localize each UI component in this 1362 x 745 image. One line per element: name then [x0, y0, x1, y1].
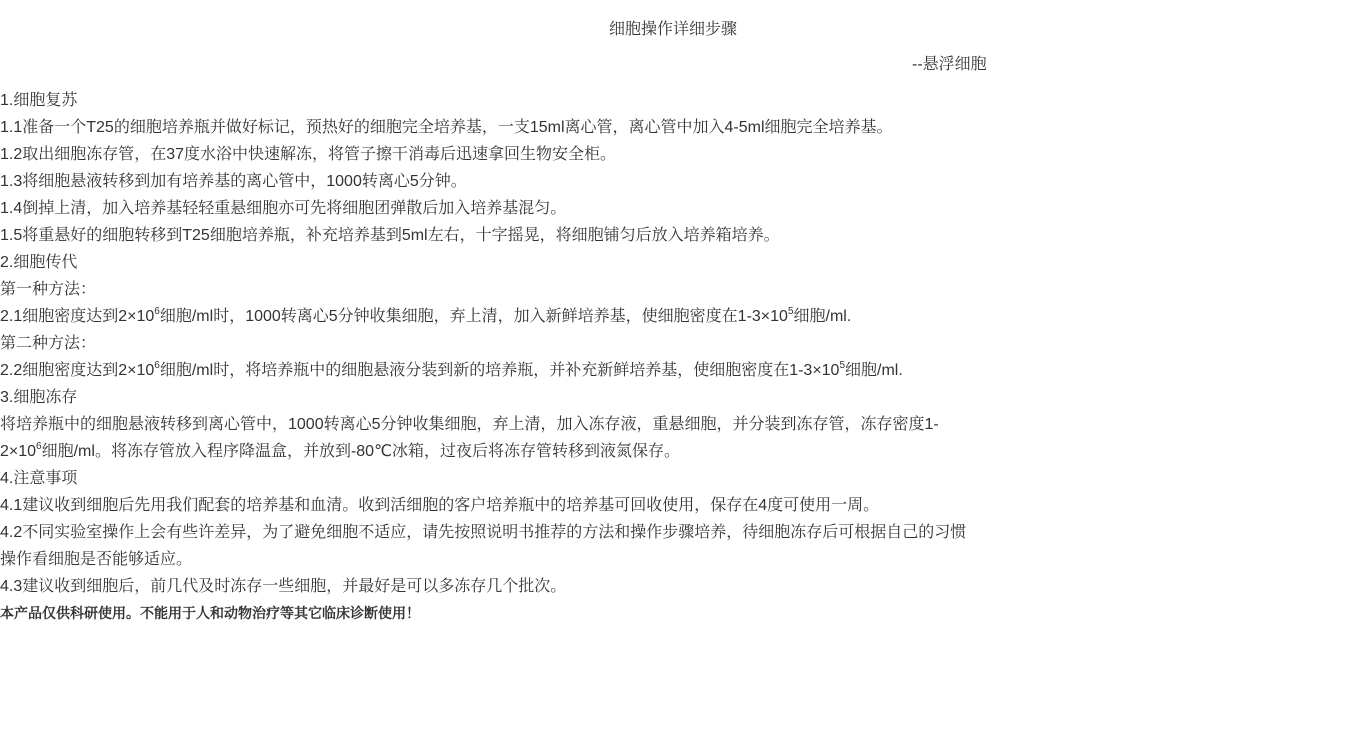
- step-3-line-2: 2×106细胞/ml。将冻存管放入程序降温盒，并放到-80℃冰箱，过夜后将冻存管…: [0, 438, 1355, 465]
- step-1-5: 1.5将重悬好的细胞转移到T25细胞培养瓶，补充培养基到5ml左右，十字摇晃，将…: [0, 222, 1355, 249]
- step-3-line-1: 将培养瓶中的细胞悬液转移到离心管中，1000转离心5分钟收集细胞，弃上清，加入冻…: [0, 411, 1355, 438]
- method-1-label: 第一种方法：: [0, 276, 1355, 303]
- step-2-1-part-c: 细胞/ml.: [794, 308, 852, 325]
- step-4-1: 4.1建议收到细胞后先用我们配套的培养基和血清。收到活细胞的客户培养瓶中的培养基…: [0, 492, 1355, 519]
- step-1-4: 1.4倒掉上清，加入培养基轻轻重悬细胞亦可先将细胞团弹散后加入培养基混匀。: [0, 195, 1355, 222]
- exponent: 6: [154, 360, 160, 371]
- document-body: 1.细胞复苏 1.1准备一个T25的细胞培养瓶并做好标记，预热好的细胞完全培养基…: [0, 87, 1355, 627]
- step-4-2-line-1: 4.2不同实验室操作上会有些许差异，为了避免细胞不适应，请先按照说明书推荐的方法…: [0, 519, 1355, 546]
- step-2-2-part-b: 细胞/ml时，将培养瓶中的细胞悬液分装到新的培养瓶，并补充新鲜培养基，使细胞密度…: [160, 362, 840, 379]
- exponent: 6: [154, 306, 160, 317]
- section-heading-notes: 4.注意事项: [0, 465, 1355, 492]
- section-heading-passage: 2.细胞传代: [0, 249, 1355, 276]
- step-1-3: 1.3将细胞悬液转移到加有培养基的离心管中，1000转离心5分钟。: [0, 168, 1355, 195]
- step-2-2: 2.2细胞密度达到2×106细胞/ml时，将培养瓶中的细胞悬液分装到新的培养瓶，…: [0, 357, 1355, 384]
- step-4-3: 4.3建议收到细胞后，前几代及时冻存一些细胞，并最好是可以多冻存几个批次。: [0, 573, 1355, 600]
- step-4-2-line-2: 操作看细胞是否能够适应。: [0, 546, 1355, 573]
- step-2-2-part-c: 细胞/ml.: [845, 362, 903, 379]
- document-title: 细胞操作详细步骤: [0, 18, 1346, 42]
- step-2-1-part-a: 2.1细胞密度达到2×10: [0, 308, 154, 325]
- exponent: 6: [36, 441, 42, 452]
- document-subtitle: --悬浮细胞: [912, 53, 987, 77]
- section-heading-recovery: 1.细胞复苏: [0, 87, 1355, 114]
- step-1-1: 1.1准备一个T25的细胞培养瓶并做好标记，预热好的细胞完全培养基，一支15ml…: [0, 114, 1355, 141]
- step-3-line-2-part-b: 细胞/ml。将冻存管放入程序降温盒，并放到-80℃冰箱，过夜后将冻存管转移到液氮…: [42, 443, 680, 460]
- step-1-2: 1.2取出细胞冻存管，在37度水浴中快速解冻，将管子擦干消毒后迅速拿回生物安全柜…: [0, 141, 1355, 168]
- disclaimer: 本产品仅供科研使用。不能用于人和动物治疗等其它临床诊断使用！: [0, 600, 1355, 627]
- step-2-1-part-b: 细胞/ml时，1000转离心5分钟收集细胞，弃上清，加入新鲜培养基，使细胞密度在…: [160, 308, 788, 325]
- step-2-1: 2.1细胞密度达到2×106细胞/ml时，1000转离心5分钟收集细胞，弃上清，…: [0, 303, 1355, 330]
- step-3-line-2-part-a: 2×10: [0, 443, 36, 460]
- exponent: 5: [788, 306, 794, 317]
- method-2-label: 第二种方法：: [0, 330, 1355, 357]
- step-2-2-part-a: 2.2细胞密度达到2×10: [0, 362, 154, 379]
- exponent: 5: [839, 360, 845, 371]
- section-heading-cryopreservation: 3.细胞冻存: [0, 384, 1355, 411]
